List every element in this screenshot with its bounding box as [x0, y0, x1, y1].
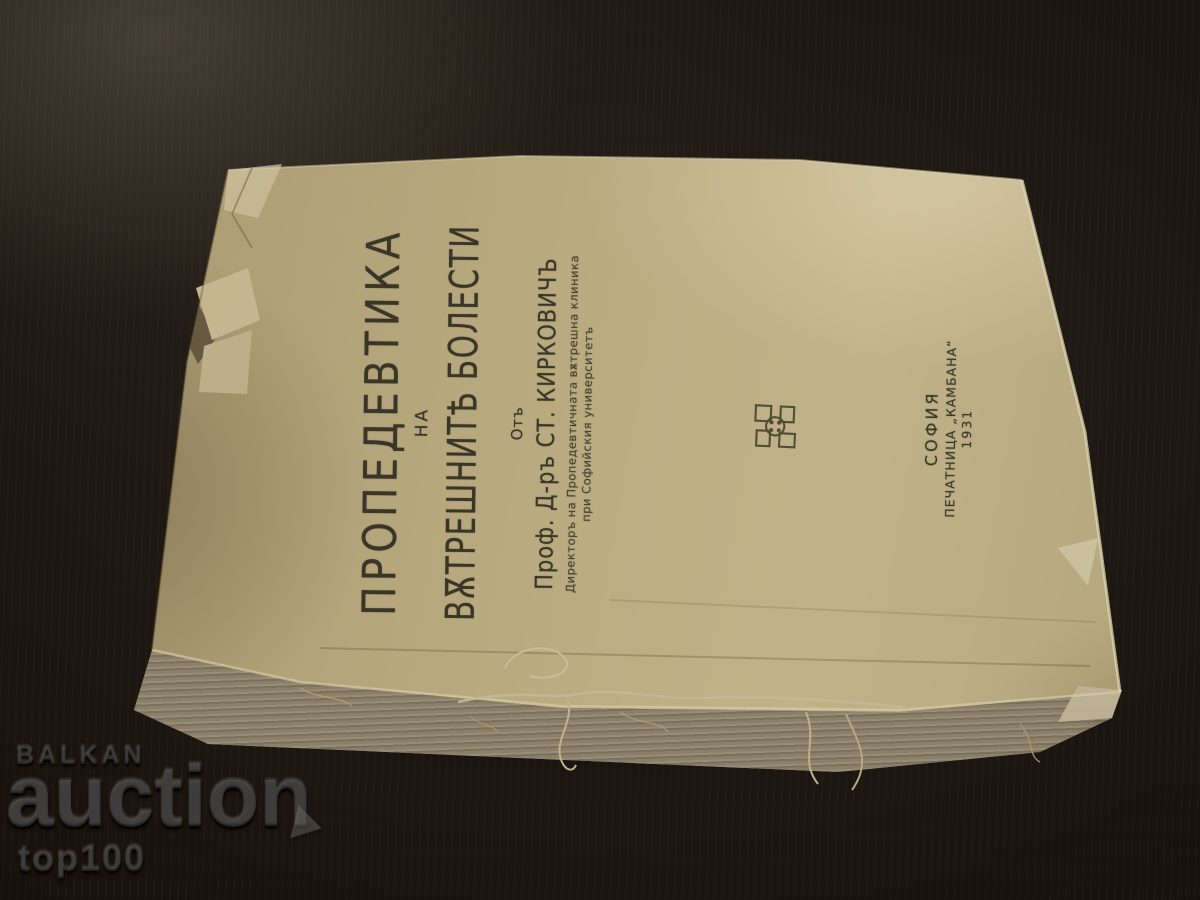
author-name: Проф. Д-ръ СТ. КИРКОВИЧЪ: [529, 186, 563, 662]
book-title-line-2: НА: [409, 152, 436, 692]
printer-mark-icon: [739, 156, 814, 698]
cover-content: ПРОПЕДЕВТИКА НА ВѪТРЕШНИТѢ БОЛЕСТИ Отъ П…: [217, 165, 1104, 716]
book-title-line-1: ПРОПЕДЕВТИКА: [351, 192, 411, 652]
photo-background: BALKAN auction top100 ПРОПЕДЕВТИКА НА ВѪ…: [0, 0, 1200, 900]
book-title-line-3: ВѪТРЕШНИТѢ БОЛЕСТИ: [438, 223, 489, 623]
byline: Отъ: [505, 153, 530, 693]
